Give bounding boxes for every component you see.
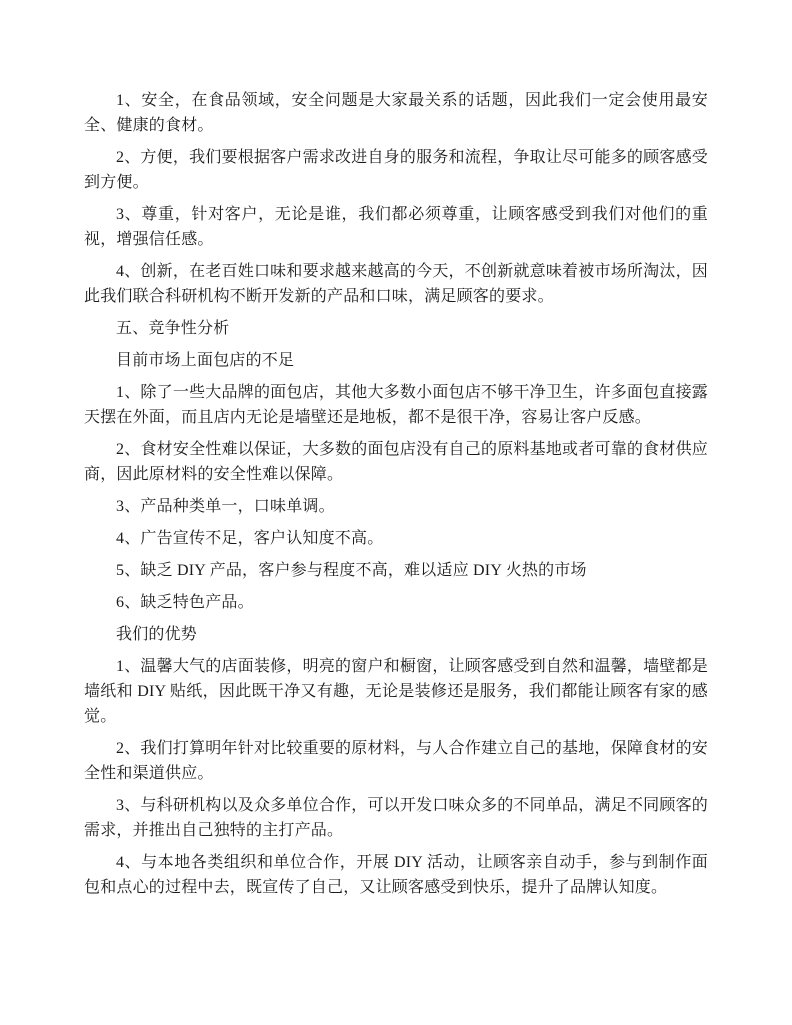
paragraph-shortcoming-6: 6、缺乏特色产品。 xyxy=(84,590,708,615)
paragraph-shortcoming-2: 2、食材安全性难以保证，大多数的面包店没有自己的原料基地或者可靠的食材供应商，因… xyxy=(84,437,708,487)
paragraph-advantage-1: 1、温馨大气的店面装修，明亮的窗户和橱窗，让顾客感受到自然和温馨，墙壁都是墙纸和… xyxy=(84,654,708,729)
subheading-market-shortcomings: 目前市场上面包店的不足 xyxy=(84,348,708,373)
subheading-our-advantages: 我们的优势 xyxy=(84,622,708,647)
paragraph-shortcoming-4: 4、广告宣传不足，客户认知度不高。 xyxy=(84,526,708,551)
document-page: 1、安全，在食品领域，安全问题是大家最关系的话题，因此我们一定会使用最安全、健康… xyxy=(0,0,792,1025)
paragraph-advantage-3: 3、与科研机构以及众多单位合作，可以开发口味众多的不同单品，满足不同顾客的需求，… xyxy=(84,793,708,843)
paragraph-values-respect: 3、尊重，针对客户，无论是谁，我们都必须尊重，让顾客感受到我们对他们的重视，增强… xyxy=(84,202,708,252)
paragraph-advantage-2: 2、我们打算明年针对比较重要的原材料，与人合作建立自己的基地，保障食材的安全性和… xyxy=(84,736,708,786)
paragraph-shortcoming-1: 1、除了一些大品牌的面包店，其他大多数小面包店不够干净卫生，许多面包直接露天摆在… xyxy=(84,380,708,430)
paragraph-values-convenience: 2、方便，我们要根据客户需求改进自身的服务和流程，争取让尽可能多的顾客感受到方便… xyxy=(84,145,708,195)
paragraph-advantage-4: 4、与本地各类组织和单位合作，开展 DIY 活动，让顾客亲自动手，参与到制作面包… xyxy=(84,850,708,900)
section-heading-competitive-analysis: 五、竞争性分析 xyxy=(84,316,708,341)
paragraph-values-innovation: 4、创新，在老百姓口味和要求越来越高的今天，不创新就意味着被市场所淘汰，因此我们… xyxy=(84,259,708,309)
paragraph-shortcoming-3: 3、产品种类单一，口味单调。 xyxy=(84,494,708,519)
document-text-block: 1、安全，在食品领域，安全问题是大家最关系的话题，因此我们一定会使用最安全、健康… xyxy=(84,88,708,907)
paragraph-shortcoming-5: 5、缺乏 DIY 产品，客户参与程度不高，难以适应 DIY 火热的市场 xyxy=(84,558,708,583)
paragraph-values-safety: 1、安全，在食品领域，安全问题是大家最关系的话题，因此我们一定会使用最安全、健康… xyxy=(84,88,708,138)
